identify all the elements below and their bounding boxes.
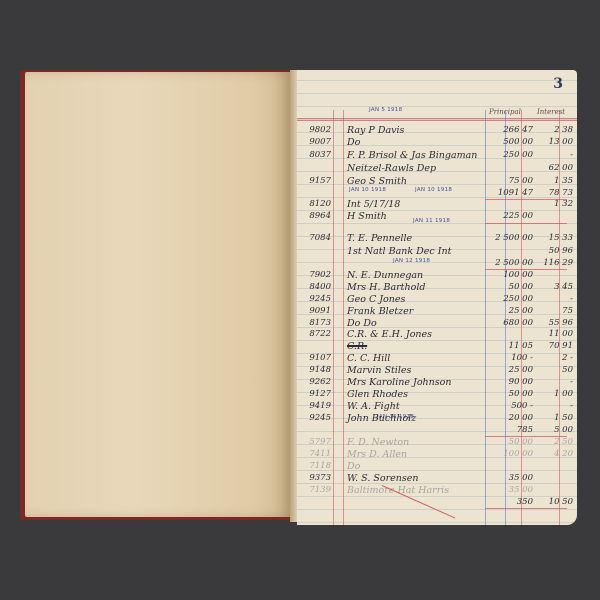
account-number: 7902 (299, 270, 331, 280)
principal-amount: 250 00 (483, 294, 533, 304)
account-number: 9245 (299, 413, 331, 423)
principal-amount: 90 00 (483, 377, 533, 387)
account-number: 8722 (299, 329, 331, 339)
principal-amount: 250 00 (483, 150, 533, 160)
ledger-photo: 3 Principal Interest JAN 5 1918JAN 10 19… (0, 0, 600, 600)
ledger-row: 9262Mrs Karoline Johnson90 00- (297, 377, 577, 389)
account-name: Mrs Karoline Johnson (347, 377, 452, 388)
account-number: 9007 (299, 137, 331, 147)
interest-amount: 75 (537, 306, 573, 316)
ledger-row: Neitzel-Rawls Dep62 00 (297, 163, 577, 175)
account-name: Marvin Stiles (347, 365, 411, 376)
ledger-row: 5797F. D. Newton50 002 50 (297, 437, 577, 449)
ledger-row: 7411Mrs D. Allen100 004 20 (297, 449, 577, 461)
account-number: 8037 (299, 150, 331, 160)
subtotal-rule (485, 223, 567, 224)
interest-amount: - (537, 150, 573, 160)
account-name: John Buchholz (347, 413, 416, 424)
principal-amount: 50 00 (483, 437, 533, 447)
interest-amount: 116 29 (537, 258, 573, 268)
ledger-row: 8964H Smith225 00 (297, 211, 577, 223)
ledger-row: 8400Mrs H. Barthold50 003 45 (297, 282, 577, 294)
account-number: 9373 (299, 473, 331, 483)
ledger-row: 7118Do (297, 461, 577, 473)
ledger-row: C.R.11 0570 91 (297, 341, 577, 353)
account-name: Int 5/17/18 (347, 199, 400, 210)
principal-amount: 2 500 00 (483, 258, 533, 268)
account-name: C.R. & E.H. Jones (347, 329, 432, 340)
principal-amount: 25 00 (483, 365, 533, 375)
principal-amount: 2 500 00 (483, 233, 533, 243)
interest-amount: 62 00 (537, 163, 573, 173)
principal-amount: 35 00 (483, 485, 533, 495)
interest-amount: 78 73 (537, 188, 573, 198)
principal-header: Principal (489, 108, 521, 116)
principal-amount: 225 00 (483, 211, 533, 221)
account-name: Mrs D. Allen (347, 449, 407, 460)
account-name: Geo S Smith (347, 176, 407, 187)
principal-amount: 350 (483, 497, 533, 507)
principal-amount: 785 (483, 425, 533, 435)
principal-amount: 100 00 (483, 449, 533, 459)
interest-amount: - (537, 294, 573, 304)
account-number: 8400 (299, 282, 331, 292)
account-name: Frank Bletzer (347, 306, 413, 317)
principal-amount: 35 00 (483, 473, 533, 483)
principal-amount: 50 00 (483, 389, 533, 399)
account-number: 9262 (299, 377, 331, 387)
ledger-row: 9091Frank Bletzer25 0075 (297, 306, 577, 318)
header-rule (297, 120, 577, 121)
ledger-row: 8037F. P. Brisol & Jas Bingaman250 00- (297, 150, 577, 162)
account-number: 8964 (299, 211, 331, 221)
account-number: 9148 (299, 365, 331, 375)
ledger-row: 9802Ray P Davis266 472 38 (297, 125, 577, 137)
interest-amount: - (537, 377, 573, 387)
account-number: 9245 (299, 294, 331, 304)
account-name: Do Do (347, 318, 377, 329)
interest-amount: 5 00 (537, 425, 573, 435)
ledger-row: 9127Glen Rhodes50 001 00 (297, 389, 577, 401)
principal-amount: 25 00 (483, 306, 533, 316)
account-name: H Smith (347, 211, 387, 222)
account-number: 7084 (299, 233, 331, 243)
account-number: 9107 (299, 353, 331, 363)
left-blank-page (25, 72, 293, 517)
account-name: Mrs H. Barthold (347, 282, 425, 293)
account-number: 9157 (299, 176, 331, 186)
account-number: 5797 (299, 437, 331, 447)
interest-amount: 1 50 (537, 413, 573, 423)
account-number: 9127 (299, 389, 331, 399)
account-name: F. P. Brisol & Jas Bingaman (347, 150, 477, 161)
account-number: 7118 (299, 461, 331, 471)
interest-amount: - (537, 401, 573, 411)
account-name: W. A. Fight (347, 401, 400, 412)
account-name: T. E. Pennelle (347, 233, 412, 244)
account-name: C. C. Hill (347, 353, 390, 364)
interest-amount: 1 00 (537, 389, 573, 399)
ledger-row: 9148Marvin Stiles25 0050 (297, 365, 577, 377)
principal-amount: 75 00 (483, 176, 533, 186)
interest-amount: 1 35 (537, 176, 573, 186)
account-name: Ray P Davis (347, 125, 404, 136)
account-number: 9091 (299, 306, 331, 316)
principal-amount: 266 47 (483, 125, 533, 135)
account-name: Glen Rhodes (347, 389, 408, 400)
page-number: 3 (553, 76, 563, 92)
account-number: 9802 (299, 125, 331, 135)
interest-amount: 11 00 (537, 329, 573, 339)
account-name: Do (347, 461, 360, 472)
interest-amount: 2 - (537, 353, 573, 363)
header-rule (297, 118, 577, 119)
principal-amount: 11 05 (483, 341, 533, 351)
ledger-page: 3 Principal Interest JAN 5 1918JAN 10 19… (297, 70, 577, 525)
account-number: 7411 (299, 449, 331, 459)
ledger-row: 9107C. C. Hill100 -2 - (297, 353, 577, 365)
ledger-row: 9245John Buchholz20 001 50 (297, 413, 577, 425)
ledger-row: 8120Int 5/17/181 32 (297, 199, 577, 211)
interest-amount: 4 20 (537, 449, 573, 459)
account-number: 8173 (299, 318, 331, 328)
account-number: 8120 (299, 199, 331, 209)
interest-amount: 2 50 (537, 437, 573, 447)
ledger-row: 9007Do500 0013 00 (297, 137, 577, 149)
subtotal-rule (485, 269, 567, 270)
principal-amount: 1091 47 (483, 188, 533, 198)
ledger-row: 8722C.R. & E.H. Jones11 00 (297, 329, 577, 341)
principal-amount: 100 00 (483, 270, 533, 280)
interest-header: Interest (537, 108, 565, 116)
account-name: 1st Natl Bank Dec Int (347, 246, 451, 257)
account-name: Neitzel-Rawls Dep (347, 163, 436, 174)
ledger-row: 9419W. A. Fight500 -- (297, 401, 577, 413)
account-name: Baltimore Hat Harris (347, 485, 449, 496)
principal-amount: 100 - (483, 353, 533, 363)
interest-amount: 70 91 (537, 341, 573, 351)
account-name: F. D. Newton (347, 437, 409, 448)
interest-amount: 2 38 (537, 125, 573, 135)
account-name: W. S. Sorensen (347, 473, 418, 484)
interest-amount: 10 50 (537, 497, 573, 507)
interest-amount: 50 96 (537, 246, 573, 256)
principal-amount: 680 00 (483, 318, 533, 328)
account-name: Geo C Jones (347, 294, 405, 305)
ledger-row: 7139Baltimore Hat Harris35 00 (297, 485, 577, 497)
ledger-row: 7084T. E. Pennelle2 500 0015 33 (297, 233, 577, 245)
account-number: 9419 (299, 401, 331, 411)
ledger-row: 9373W. S. Sorensen35 00 (297, 473, 577, 485)
interest-amount: 1 32 (537, 199, 573, 209)
interest-amount: 13 00 (537, 137, 573, 147)
account-name: C.R. (347, 341, 367, 352)
interest-amount: 55 96 (537, 318, 573, 328)
subtotal-rule (485, 436, 567, 437)
ledger-row: 7902N. E. Dunnegan100 00 (297, 270, 577, 282)
principal-amount: 500 - (483, 401, 533, 411)
interest-amount: 3 45 (537, 282, 573, 292)
ledger-row: 9245Geo C Jones250 00- (297, 294, 577, 306)
interest-amount: 50 (537, 365, 573, 375)
ledger-row: 9157Geo S Smith75 001 35 (297, 176, 577, 188)
principal-amount: 20 00 (483, 413, 533, 423)
principal-amount: 500 00 (483, 137, 533, 147)
account-name: N. E. Dunnegan (347, 270, 423, 281)
date-stamp: JAN 5 1918 (369, 107, 402, 113)
subtotal-rule (485, 199, 567, 200)
principal-amount: 50 00 (483, 282, 533, 292)
interest-amount: 15 33 (537, 233, 573, 243)
subtotal-rule (485, 508, 567, 509)
account-number: 7139 (299, 485, 331, 495)
ledger-row: 1st Natl Bank Dec Int50 96 (297, 246, 577, 258)
account-name: Do (347, 137, 360, 148)
